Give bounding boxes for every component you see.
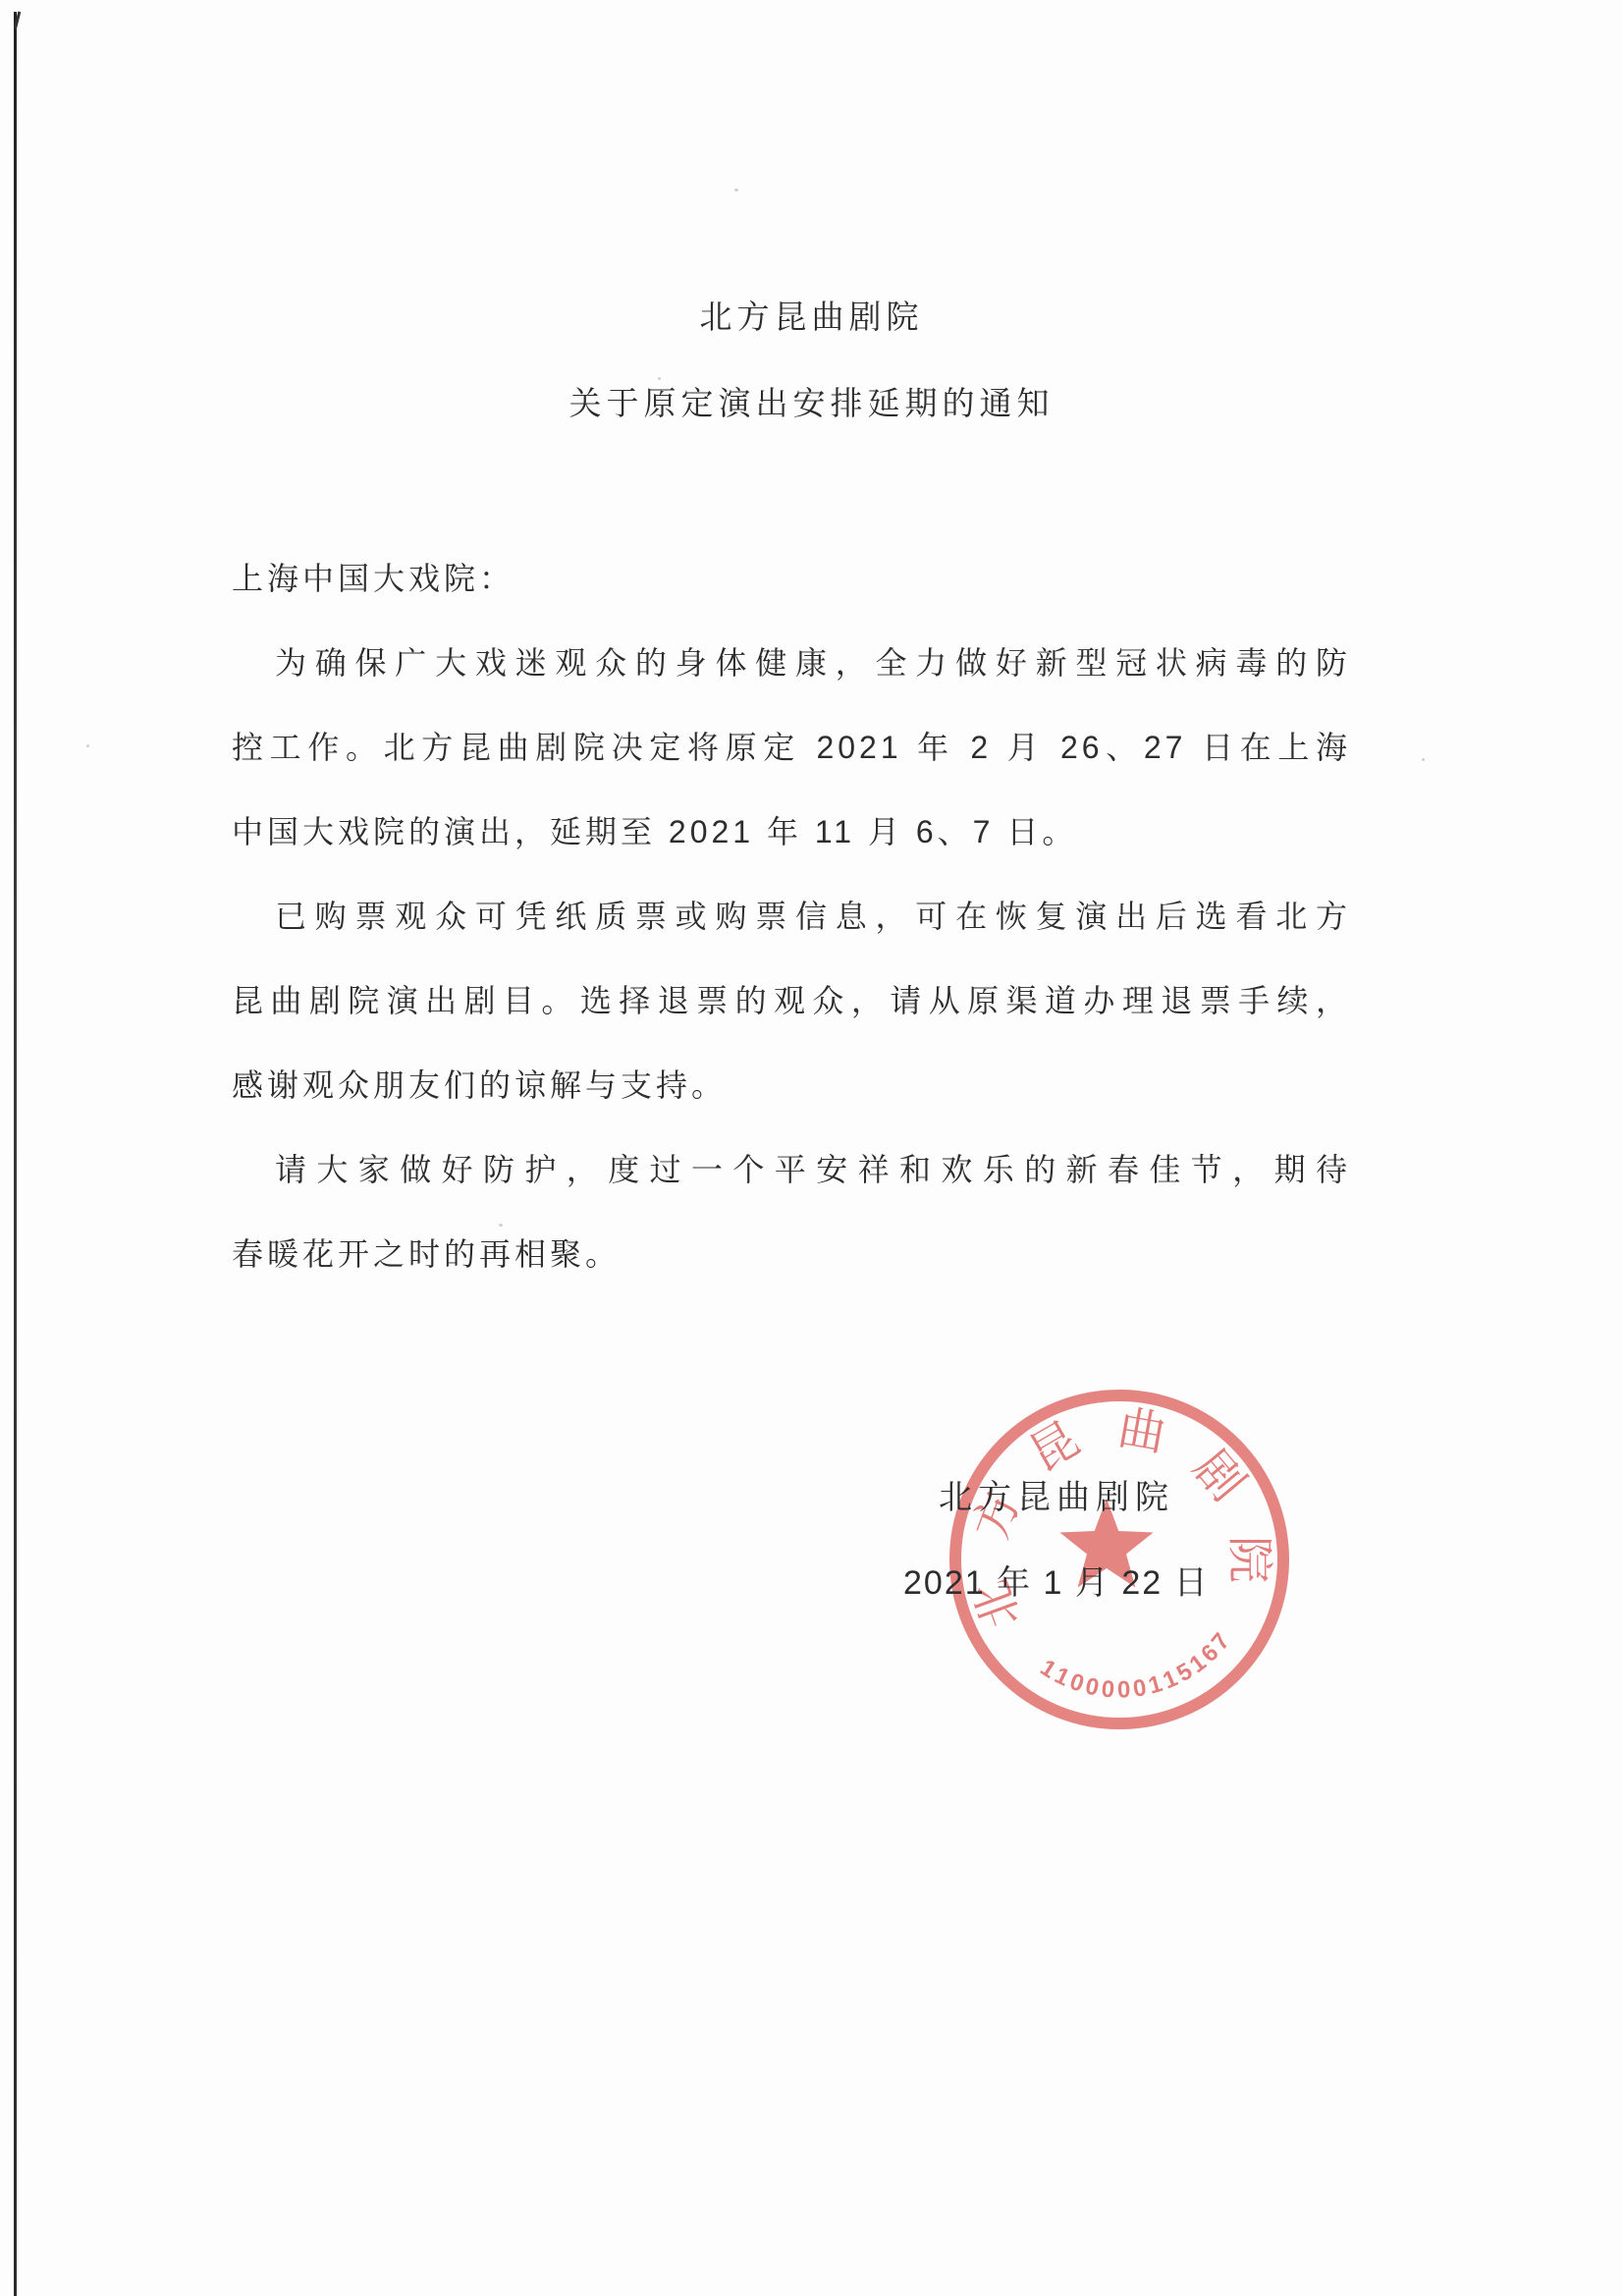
document-subtitle: 关于原定演出安排延期的通知 <box>0 381 1623 426</box>
scan-edge-line <box>14 12 17 2296</box>
seal-arc-char: 院 <box>1223 1536 1275 1583</box>
scan-speckle <box>734 189 738 191</box>
scan-speckle <box>658 377 661 380</box>
document-title: 北方昆曲剧院 <box>0 295 1623 340</box>
scanned-letter-page: 北方昆曲剧院 关于原定演出安排延期的通知 上海中国大戏院： 为确保广大戏迷观众的… <box>0 0 1623 2296</box>
seal-number-digit: 0 <box>1116 1676 1130 1703</box>
letter-body: 上海中国大戏院： 为确保广大戏迷观众的身体健康，全力做好新型冠状病毒的防 控工作… <box>232 536 1351 1296</box>
scan-speckle <box>86 744 89 747</box>
paragraph: 请大家做好防护，度过一个平安祥和欢乐的新春佳节，期待 春暖花开之时的再相聚。 <box>232 1127 1351 1296</box>
body-line: 控工作。北方昆曲剧院决定将原定 2021 年 2 月 26、27 日在上海 <box>232 705 1351 790</box>
scan-speckle <box>1422 758 1425 761</box>
paragraph: 已购票观众可凭纸质票或购票信息，可在恢复演出后选看北方 昆曲剧院演出剧目。选择退… <box>232 874 1351 1127</box>
signature-organization: 北方昆曲剧院 <box>939 1478 1174 1517</box>
body-line: 请大家做好防护，度过一个平安祥和欢乐的新春佳节，期待 <box>232 1127 1351 1212</box>
body-line: 为确保广大戏迷观众的身体健康，全力做好新型冠状病毒的防 <box>232 621 1351 705</box>
body-line: 已购票观众可凭纸质票或购票信息，可在恢复演出后选看北方 <box>232 874 1351 958</box>
salutation: 上海中国大戏院： <box>232 536 1351 621</box>
body-line: 感谢观众朋友们的谅解与支持。 <box>232 1043 1351 1127</box>
body-line: 中国大戏院的演出，延期至 2021 年 11 月 6、7 日。 <box>232 790 1351 874</box>
seal-number-digit: 0 <box>1101 1675 1116 1703</box>
official-seal-stamp: 北 方 昆 曲 剧 院 1 1 0 0 0 0 0 1 1 5 1 6 7 <box>945 1385 1294 1734</box>
seal-number-digit: 0 <box>1083 1672 1102 1701</box>
seal-graphic: 北 方 昆 曲 剧 院 1 1 0 0 0 0 0 1 1 5 1 6 7 <box>945 1385 1294 1734</box>
paragraph: 为确保广大戏迷观众的身体健康，全力做好新型冠状病毒的防 控工作。北方昆曲剧院决定… <box>232 621 1351 874</box>
body-line: 春暖花开之时的再相聚。 <box>232 1212 1351 1296</box>
body-line: 昆曲剧院演出剧目。选择退票的观众，请从原渠道办理退票手续， <box>232 958 1351 1043</box>
signature-date: 2021 年 1 月 22 日 <box>903 1563 1210 1603</box>
seal-arc-char: 曲 <box>1114 1402 1169 1462</box>
